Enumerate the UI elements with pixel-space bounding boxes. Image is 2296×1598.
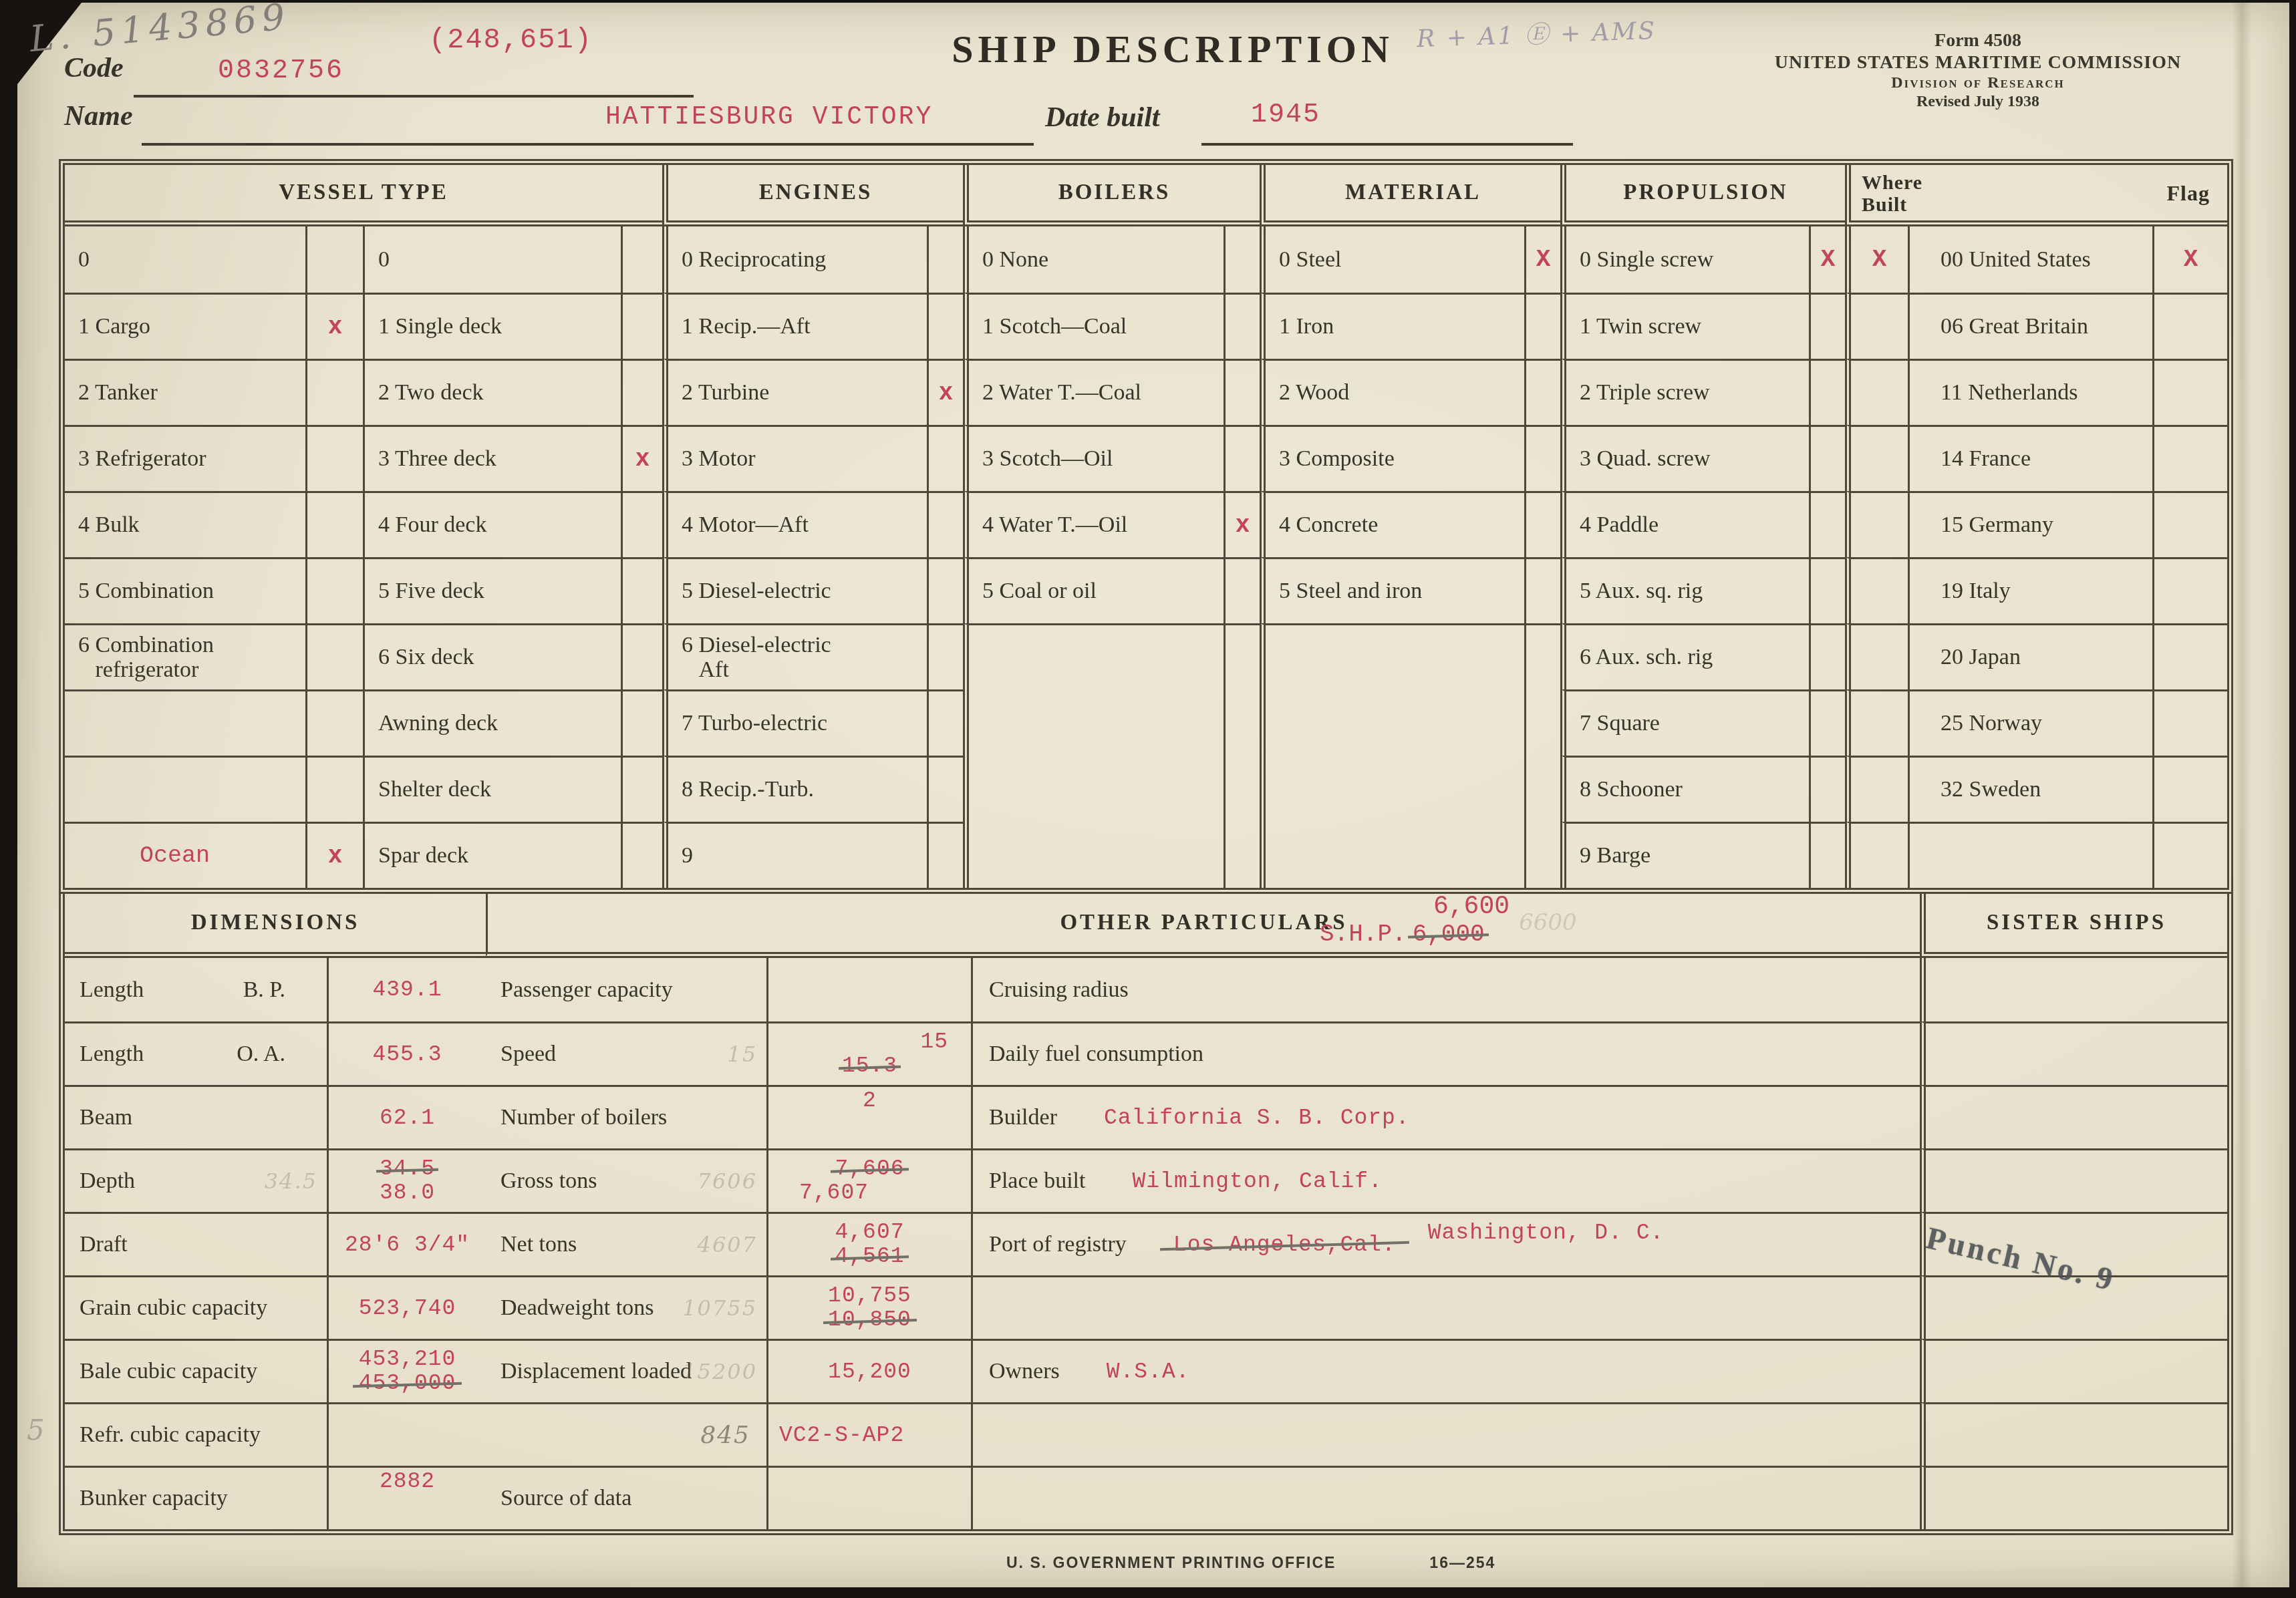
- vessel-type-option: 4 Bulk: [65, 491, 305, 557]
- material-check: [1524, 293, 1560, 359]
- dimension-label: Depth34.5: [65, 1148, 327, 1212]
- boiler-check: [1224, 689, 1260, 756]
- engine-option: 6 Diesel-electric Aft: [662, 623, 927, 689]
- sister-ships-cell: [1920, 1148, 2227, 1212]
- country-option: 00 United States: [1908, 226, 2152, 293]
- propulsion-option: 3 Quad. screw: [1560, 425, 1809, 491]
- dimension-value: 2882: [327, 1466, 486, 1529]
- agency-name: UNITED STATES MARITIME COMMISSION: [1711, 51, 2245, 73]
- particular-value: [766, 1466, 971, 1529]
- material-check: [1524, 425, 1560, 491]
- dimension-value: 439.1: [327, 958, 486, 1021]
- country-option: 11 Netherlands: [1908, 359, 2152, 425]
- material-option: 0 Steel: [1260, 226, 1524, 293]
- particular-value: 4,6074,561: [766, 1212, 971, 1275]
- boiler-option: [963, 689, 1224, 756]
- country-option: 14 France: [1908, 425, 2152, 491]
- propulsion-option: 2 Triple screw: [1560, 359, 1809, 425]
- material-option: 3 Composite: [1260, 425, 1524, 491]
- material-check: X: [1524, 226, 1560, 293]
- material-check: [1524, 359, 1560, 425]
- vessel-type-typed-value: Ocean: [65, 822, 305, 888]
- particular-row: Cruising radius: [971, 958, 1920, 1021]
- boiler-option: 0 None: [963, 226, 1224, 293]
- particular-label: Speed15: [486, 1021, 766, 1085]
- particular-label: Deadweight tons10755: [486, 1275, 766, 1339]
- engine-check: [927, 822, 963, 888]
- boiler-check: x: [1224, 491, 1260, 557]
- where-built-check: [1845, 623, 1908, 689]
- pencil-value: 15: [727, 1042, 757, 1067]
- vessel-type-header: VESSEL TYPE: [65, 165, 662, 226]
- particular-value: 2: [766, 1085, 971, 1148]
- flag-check: [2152, 293, 2227, 359]
- propulsion-option: 4 Paddle: [1560, 491, 1809, 557]
- pencil-value: 10755: [682, 1295, 757, 1321]
- particular-value: California S. B. Corp.: [1104, 1106, 1410, 1130]
- boiler-check: [1224, 359, 1260, 425]
- pencil-value: 845: [700, 1422, 750, 1449]
- engine-check: [927, 689, 963, 756]
- dimension-value: 34.538.0: [327, 1148, 486, 1212]
- sister-ships-header: SISTER SHIPS: [1920, 894, 2227, 958]
- particular-row: Daily fuel consumption: [971, 1021, 1920, 1085]
- deck-option: Shelter deck: [363, 756, 621, 822]
- propulsion-check: [1809, 557, 1845, 623]
- pencil-serial-number: L. 5143869: [28, 0, 292, 60]
- material-option: 1 Iron: [1260, 293, 1524, 359]
- country-option: 25 Norway: [1908, 689, 2152, 756]
- particular-value: 1515.3: [766, 1021, 971, 1085]
- engine-option: 7 Turbo-electric: [662, 689, 927, 756]
- propulsion-option: 6 Aux. sch. rig: [1560, 623, 1809, 689]
- pencil-value: 4607: [698, 1232, 757, 1257]
- particular-label: Displacement loaded15200: [486, 1339, 766, 1402]
- material-option: 4 Concrete: [1260, 491, 1524, 557]
- pencil-value: 34.5: [265, 1168, 317, 1194]
- material-option: [1260, 623, 1524, 689]
- vessel-type-option: 2 Tanker: [65, 359, 305, 425]
- engine-option: 5 Diesel-electric: [662, 557, 927, 623]
- dimension-label: LengthO. A.: [65, 1021, 327, 1085]
- boiler-option: [963, 623, 1224, 689]
- form-title: SHIP DESCRIPTION: [952, 27, 1394, 71]
- material-check: [1524, 557, 1560, 623]
- deck-check: [621, 226, 662, 293]
- deck-check: [621, 756, 662, 822]
- deck-option: 5 Five deck: [363, 557, 621, 623]
- particular-row: Place builtWilmington, Calif.: [971, 1148, 1920, 1212]
- sister-ships-cell: [1920, 1466, 2227, 1529]
- paper-fold-shadow: [2232, 3, 2252, 1587]
- vessel-type-check: [305, 359, 363, 425]
- sister-ships-cell: [1920, 1085, 2227, 1148]
- deck-option: 4 Four deck: [363, 491, 621, 557]
- shp-old-value: 6,000: [1413, 922, 1485, 947]
- dimension-label: Beam: [65, 1085, 327, 1148]
- material-option: [1260, 822, 1524, 888]
- dimension-label: Bale cubic capacity: [65, 1339, 327, 1402]
- dimension-sub-label: B. P.: [243, 977, 285, 1003]
- engine-option: 9: [662, 822, 927, 888]
- name-label: Name: [64, 100, 133, 132]
- engine-option: 3 Motor: [662, 425, 927, 491]
- propulsion-check: [1809, 425, 1845, 491]
- vessel-type-option: 0: [65, 226, 305, 293]
- dimension-label: Refr. cubic capacity: [65, 1402, 327, 1466]
- country-option: 19 Italy: [1908, 557, 2152, 623]
- country-option: 20 Japan: [1908, 623, 2152, 689]
- material-check: [1524, 756, 1560, 822]
- propulsion-option: 0 Single screw: [1560, 226, 1809, 293]
- boiler-option: 2 Water T.—Coal: [963, 359, 1224, 425]
- vessel-type-check: [305, 226, 363, 293]
- shp-annotation: 6,600 S.H.P. 6,000 6600: [1320, 894, 1510, 947]
- deck-option: 3 Three deck: [363, 425, 621, 491]
- where-built-check: [1845, 491, 1908, 557]
- propulsion-header: PROPULSION: [1560, 165, 1845, 226]
- boiler-option: 3 Scotch—Oil: [963, 425, 1224, 491]
- particular-value: 10,75510,850: [766, 1275, 971, 1339]
- other-particulars-title: OTHER PARTICULARS: [1060, 911, 1347, 935]
- propulsion-check: [1809, 623, 1845, 689]
- boiler-option: 1 Scotch—Coal: [963, 293, 1224, 359]
- boiler-check: [1224, 756, 1260, 822]
- ship-name-value: HATTIESBURG VICTORY: [605, 103, 933, 132]
- vessel-type-option: 6 Combination refrigerator: [65, 623, 305, 689]
- where-built-check: [1845, 359, 1908, 425]
- where-built-check: [1845, 689, 1908, 756]
- vessel-type-check: [305, 623, 363, 689]
- dimension-value: 28'6 3/4": [327, 1212, 486, 1275]
- engine-check: [927, 425, 963, 491]
- dimension-value: 453,210453,000: [327, 1339, 486, 1402]
- code-paren-value: (248,651): [429, 24, 593, 56]
- division-name: Division of Research: [1711, 73, 2245, 92]
- shp-label: S.H.P.: [1320, 921, 1407, 948]
- flag-check: [2152, 557, 2227, 623]
- date-built-value: 1945: [1251, 100, 1320, 130]
- deck-check: [621, 557, 662, 623]
- vessel-type-check: [305, 756, 363, 822]
- dimension-label: Grain cubic capacity: [65, 1275, 327, 1339]
- name-underline: [142, 143, 1034, 146]
- deck-check: [621, 293, 662, 359]
- shp-new-value: 6,600: [1433, 894, 1510, 921]
- engine-check: [927, 293, 963, 359]
- particular-value: 7,6067,607: [766, 1148, 971, 1212]
- particular-value: W.S.A.: [1107, 1360, 1190, 1384]
- particular-label: Place built: [989, 1168, 1085, 1194]
- vessel-type-check: [305, 425, 363, 491]
- particular-label: Daily fuel consumption: [989, 1042, 1203, 1067]
- propulsion-option: 9 Barge: [1560, 822, 1809, 888]
- particular-label: Gross tons7606: [486, 1148, 766, 1212]
- code-label: Code: [64, 52, 124, 84]
- flag-check: [2152, 689, 2227, 756]
- propulsion-check: [1809, 822, 1845, 888]
- code-value: 0832756: [218, 56, 344, 86]
- deck-option: Spar deck: [363, 822, 621, 888]
- flag-check: [2152, 822, 2227, 888]
- scanned-form-paper: L. 5143869 Code 0832756 (248,651) SHIP D…: [17, 3, 2289, 1587]
- where-built-check: [1845, 756, 1908, 822]
- flag-header: Flag: [2167, 172, 2210, 206]
- dimensions-header: DIMENSIONS: [65, 894, 486, 958]
- print-office-footer: U. S. GOVERNMENT PRINTING OFFICE 16—254: [1006, 1554, 1495, 1572]
- engine-check: [927, 756, 963, 822]
- date-built-underline: [1201, 143, 1573, 146]
- material-check: [1524, 689, 1560, 756]
- engine-check: [927, 226, 963, 293]
- date-built-label: Date built: [1045, 102, 1160, 134]
- printer-name: U. S. GOVERNMENT PRINTING OFFICE: [1006, 1554, 1336, 1572]
- propulsion-option: 1 Twin screw: [1560, 293, 1809, 359]
- engine-check: x: [927, 359, 963, 425]
- propulsion-check: [1809, 293, 1845, 359]
- material-check: [1524, 623, 1560, 689]
- propulsion-check: [1809, 491, 1845, 557]
- sister-ships-cell: [1920, 958, 2227, 1021]
- pencil-value: 15200: [682, 1359, 757, 1384]
- form-id-block: Form 4508 UNITED STATES MARITIME COMMISS…: [1711, 29, 2245, 112]
- where-built-header: Where Built: [1862, 172, 1942, 216]
- particular-label: Owners: [989, 1359, 1060, 1384]
- engine-option: 0 Reciprocating: [662, 226, 927, 293]
- struck-value: Los Angeles,Cal.: [1173, 1233, 1396, 1257]
- where-built-check: [1845, 293, 1908, 359]
- engine-check: [927, 557, 963, 623]
- boiler-check: [1224, 293, 1260, 359]
- dimension-value: [327, 1402, 486, 1466]
- engine-option: 8 Recip.-Turb.: [662, 756, 927, 822]
- particular-value: [766, 958, 971, 1021]
- deck-check: [621, 359, 662, 425]
- material-header: MATERIAL: [1260, 165, 1560, 226]
- print-code: 16—254: [1429, 1554, 1495, 1572]
- particular-value: Wilmington, Calif.: [1132, 1169, 1382, 1194]
- deck-option: 1 Single deck: [363, 293, 621, 359]
- country-option: 32 Sweden: [1908, 756, 2152, 822]
- country-option: [1908, 822, 2152, 888]
- form-number: Form 4508: [1711, 29, 2245, 51]
- engines-header: ENGINES: [662, 165, 963, 226]
- where-built-check: [1845, 822, 1908, 888]
- particular-value: Washington, D. C.: [1428, 1221, 1665, 1245]
- dimension-value: 523,740: [327, 1275, 486, 1339]
- particular-row: OwnersW.S.A.: [971, 1339, 1920, 1402]
- boilers-header: BOILERS: [963, 165, 1260, 226]
- sister-ships-cell: [1920, 1402, 2227, 1466]
- dimension-label: Draft: [65, 1212, 327, 1275]
- propulsion-option: 8 Schooner: [1560, 756, 1809, 822]
- where-built-check: X: [1845, 226, 1908, 293]
- shp-pencil-value: 6600: [1519, 911, 1577, 935]
- material-option: [1260, 689, 1524, 756]
- deck-option: 2 Two deck: [363, 359, 621, 425]
- particular-label: Builder: [989, 1105, 1057, 1130]
- flag-check: X: [2152, 226, 2227, 293]
- boiler-check: [1224, 226, 1260, 293]
- particular-row: BuilderCalifornia S. B. Corp.: [971, 1085, 1920, 1148]
- particular-label: Port of registry: [989, 1232, 1127, 1257]
- details-table: DIMENSIONS OTHER PARTICULARS 6,600 S.H.P…: [59, 894, 2233, 1535]
- particular-label: Passenger capacity: [486, 958, 766, 1021]
- code-underline: [134, 95, 694, 98]
- deck-option: 6 Six deck: [363, 623, 621, 689]
- material-option: [1260, 756, 1524, 822]
- particular-row: [971, 1275, 1920, 1339]
- vessel-type-option: [65, 756, 305, 822]
- dimension-label: Bunker capacity: [65, 1466, 327, 1529]
- deck-check: [621, 822, 662, 888]
- material-option: 2 Wood: [1260, 359, 1524, 425]
- boiler-option: 4 Water T.—Oil: [963, 491, 1224, 557]
- sister-ships-cell: [1920, 1339, 2227, 1402]
- particular-value: 15,200: [766, 1339, 971, 1402]
- where-built-check: [1845, 557, 1908, 623]
- propulsion-check: [1809, 756, 1845, 822]
- deck-check: [621, 689, 662, 756]
- engine-option: 4 Motor—Aft: [662, 491, 927, 557]
- particular-row: [971, 1402, 1920, 1466]
- flag-check: [2152, 359, 2227, 425]
- boiler-check: [1224, 822, 1260, 888]
- deck-option: 0: [363, 226, 621, 293]
- deck-check: x: [621, 425, 662, 491]
- sister-ships-cell: [1920, 1021, 2227, 1085]
- where-built-check: [1845, 425, 1908, 491]
- vessel-type-option: 1 Cargo: [65, 293, 305, 359]
- engine-option: 2 Turbine: [662, 359, 927, 425]
- particular-value: VC2-S-AP2: [766, 1402, 971, 1466]
- material-option: 5 Steel and iron: [1260, 557, 1524, 623]
- propulsion-option: 5 Aux. sq. rig: [1560, 557, 1809, 623]
- material-check: [1524, 822, 1560, 888]
- propulsion-check: [1809, 359, 1845, 425]
- vessel-type-check: [305, 557, 363, 623]
- engine-check: [927, 623, 963, 689]
- vessel-type-option: [65, 689, 305, 756]
- dimension-label: LengthB. P.: [65, 958, 327, 1021]
- flag-check: [2152, 491, 2227, 557]
- vessel-type-check: [305, 491, 363, 557]
- country-option: 06 Great Britain: [1908, 293, 2152, 359]
- particular-label: Number of boilers: [486, 1085, 766, 1148]
- pencil-value: 7606: [698, 1168, 757, 1194]
- flag-check: [2152, 756, 2227, 822]
- engine-option: 1 Recip.—Aft: [662, 293, 927, 359]
- revision-date: Revised July 1938: [1711, 92, 2245, 111]
- dimension-sub-label: O. A.: [237, 1042, 285, 1067]
- flag-check: [2152, 425, 2227, 491]
- other-particulars-header: OTHER PARTICULARS 6,600 S.H.P. 6,000 660…: [486, 894, 1920, 958]
- classification-table: VESSEL TYPE ENGINES BOILERS MATERIAL PRO…: [59, 159, 2233, 894]
- boiler-check: [1224, 557, 1260, 623]
- boiler-option: [963, 822, 1224, 888]
- boiler-option: 5 Coal or oil: [963, 557, 1224, 623]
- pencil-annotation: R + A1 Ⓔ + AMS: [1416, 12, 1657, 55]
- engine-check: [927, 491, 963, 557]
- country-option: 15 Germany: [1908, 491, 2152, 557]
- vessel-type-check: [305, 689, 363, 756]
- propulsion-option: 7 Square: [1560, 689, 1809, 756]
- boiler-check: [1224, 425, 1260, 491]
- particular-label: Net tons4607: [486, 1212, 766, 1275]
- deck-check: [621, 491, 662, 557]
- particular-label: 845: [486, 1402, 766, 1466]
- flag-check: [2152, 623, 2227, 689]
- dimension-value: 62.1: [327, 1085, 486, 1148]
- boiler-check: [1224, 623, 1260, 689]
- boiler-option: [963, 756, 1224, 822]
- propulsion-check: X: [1809, 226, 1845, 293]
- deck-option: Awning deck: [363, 689, 621, 756]
- particular-row: Port of registryLos Angeles,Cal.Washingt…: [971, 1212, 1920, 1275]
- propulsion-check: [1809, 689, 1845, 756]
- vessel-type-option: 3 Refrigerator: [65, 425, 305, 491]
- dimension-value: 455.3: [327, 1021, 486, 1085]
- margin-pencil-note: 5: [27, 1414, 45, 1446]
- where-built-flag-header: Where Built Flag: [1845, 165, 2227, 226]
- material-check: [1524, 491, 1560, 557]
- particular-row: [971, 1466, 1920, 1529]
- particular-label: Source of data: [486, 1466, 766, 1529]
- vessel-type-check: x: [305, 293, 363, 359]
- vessel-type-check: x: [305, 822, 363, 888]
- particular-label: Cruising radius: [989, 977, 1129, 1003]
- deck-check: [621, 623, 662, 689]
- vessel-type-option: 5 Combination: [65, 557, 305, 623]
